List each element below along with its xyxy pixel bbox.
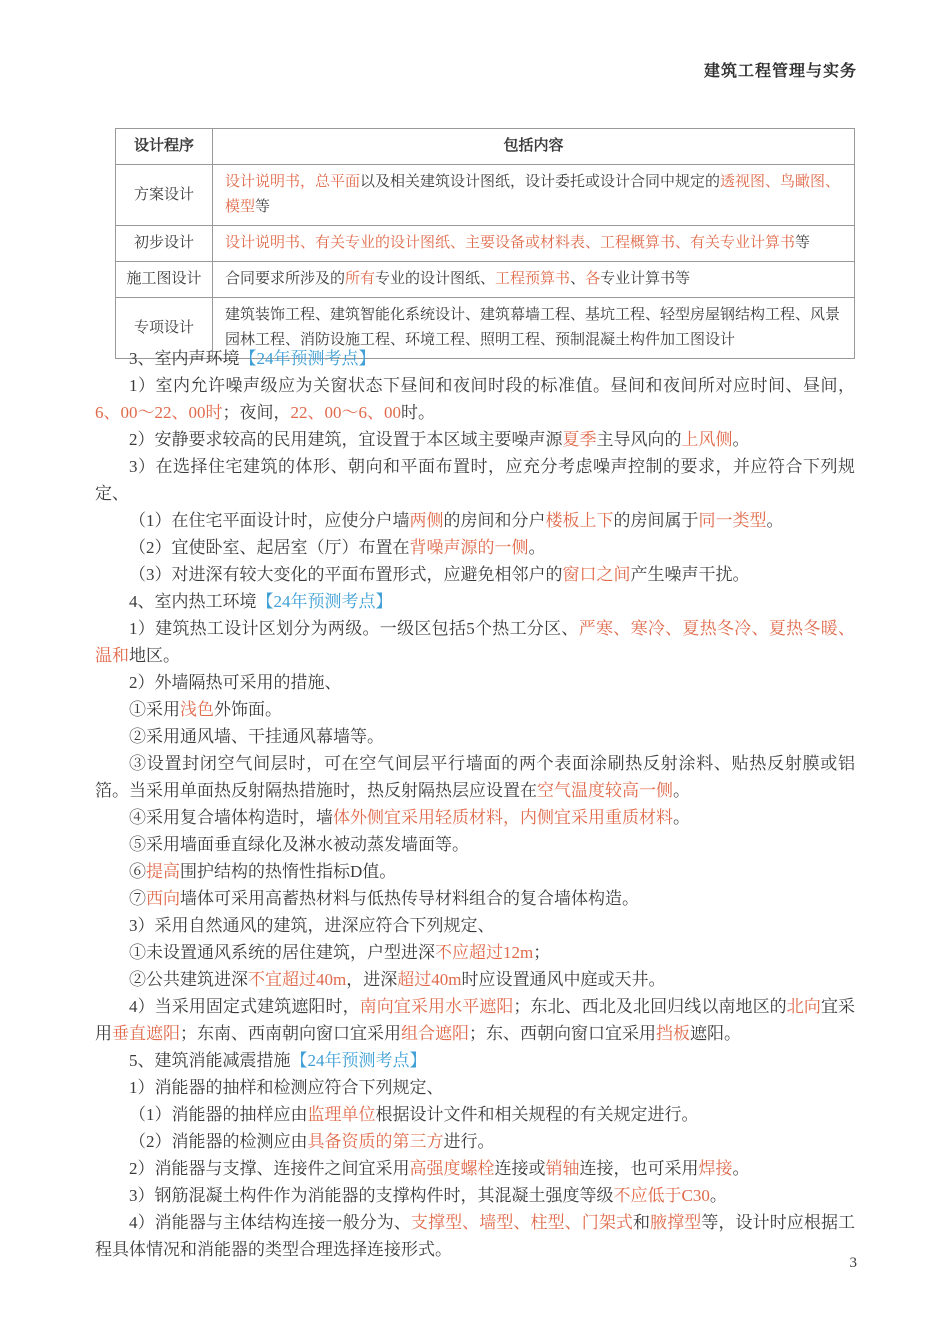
paragraph: 3）采用自然通风的建筑，进深应符合下列规定、 bbox=[95, 912, 855, 939]
paragraph: ①未设置通风系统的居住建筑，户型进深不应超过12m； bbox=[95, 939, 855, 966]
content-body: 3、室内声环境【24年预测考点】 1）室内允许噪声级应为关窗状态下昼间和夜间时段… bbox=[95, 345, 855, 1263]
text-segment: 。 bbox=[733, 1159, 750, 1178]
text-segment: 高强度螺栓 bbox=[410, 1159, 495, 1178]
text-segment: 5、建筑消能减震措施 bbox=[129, 1051, 291, 1070]
text-segment: 同一类型 bbox=[699, 511, 767, 530]
text-segment: 南向宜采用水平遮阳 bbox=[360, 997, 514, 1016]
text-segment: 浅色 bbox=[180, 700, 214, 719]
paragraph: （1）消能器的抽样应由监理单位根据设计文件和相关规程的有关规定进行。 bbox=[95, 1101, 855, 1128]
table-body: 方案设计 设计说明书，总平面以及相关建筑设计图纸，设计委托或设计合同中规定的透视… bbox=[116, 165, 855, 359]
paragraph: ②公共建筑进深不宜超过40m，进深超过40m时应设置通风中庭或天井。 bbox=[95, 966, 855, 993]
paragraph: 4）消能器与主体结构连接一般分为、支撑型、墙型、柱型、门架式和腋撑型等，设计时应… bbox=[95, 1209, 855, 1263]
text-segment: 3）钢筋混凝土构件作为消能器的支撑构件时，其混凝土强度等级 bbox=[129, 1186, 614, 1205]
text-segment: ①采用 bbox=[129, 700, 180, 719]
text-segment: 背噪声源的一侧 bbox=[410, 538, 529, 557]
text-segment: ；夜间， bbox=[223, 403, 291, 422]
paragraph: 2）安静要求较高的民用建筑，宜设置于本区域主要噪声源夏季主导风向的上风侧。 bbox=[95, 426, 855, 453]
paragraph: ④采用复合墙体构造时，墙体外侧宜采用轻质材料，内侧宜采用重质材料。 bbox=[95, 804, 855, 831]
paragraph: ②采用通风墙、干挂通风幕墙等。 bbox=[95, 723, 855, 750]
text-segment: 围护结构的热惰性指标D值。 bbox=[180, 862, 396, 881]
table-header-row: 设计程序 包括内容 bbox=[116, 129, 855, 165]
text-segment: 、 bbox=[570, 271, 585, 287]
paragraph: 4）当采用固定式建筑遮阳时，南向宜采用水平遮阳；东北、西北及北回归线以南地区的北… bbox=[95, 993, 855, 1047]
text-segment: 销轴 bbox=[546, 1159, 580, 1178]
text-segment: 夏季 bbox=[563, 430, 597, 449]
paragraph: 5、建筑消能减震措施【24年预测考点】 bbox=[95, 1047, 855, 1074]
table-row: 初步设计 设计说明书、有关专业的设计图纸、主要设备或材料表、工程概算书、有关专业… bbox=[116, 226, 855, 262]
text-segment: 墙体可采用高蓄热材料与低热传导材料组合的复合墙体构造。 bbox=[180, 889, 639, 908]
text-segment: 焊接 bbox=[699, 1159, 733, 1178]
text-segment: ⑦ bbox=[129, 889, 146, 908]
text-segment: （3）对进深有较大变化的平面布置形式，应避免相邻户的 bbox=[129, 565, 563, 584]
text-segment: 不应超过12m bbox=[435, 943, 533, 962]
text-segment: ，进深 bbox=[346, 970, 397, 989]
text-segment: 各 bbox=[585, 271, 600, 287]
text-segment: 组合遮阳 bbox=[401, 1024, 469, 1043]
text-segment: 6、00～22、00时 bbox=[95, 403, 223, 422]
text-segment: 【24年预测考点】 bbox=[291, 1051, 427, 1070]
paragraph: 1）消能器的抽样和检测应符合下列规定、 bbox=[95, 1074, 855, 1101]
table-header-procedure: 设计程序 bbox=[116, 129, 213, 165]
text-segment: 和 bbox=[633, 1213, 650, 1232]
text-segment: 。 bbox=[767, 511, 784, 530]
text-segment: 2）外墙隔热可采用的措施、 bbox=[129, 673, 342, 692]
paragraph: （3）对进深有较大变化的平面布置形式，应避免相邻户的窗口之间产生噪声干扰。 bbox=[95, 561, 855, 588]
text-segment: （1）消能器的抽样应由 bbox=[129, 1105, 308, 1124]
text-segment: 。 bbox=[673, 781, 690, 800]
design-procedure-table: 设计程序 包括内容 方案设计 设计说明书，总平面以及相关建筑设计图纸，设计委托或… bbox=[115, 128, 855, 359]
text-segment: 设计说明书、有关专业的设计图纸、主要设备或材料表、工程概算书、有关专业计算书 bbox=[225, 235, 795, 251]
text-segment: 北向 bbox=[787, 997, 821, 1016]
paragraph: 1）室内允许噪声级应为关窗状态下昼间和夜间时段的标准值。昼间和夜间所对应时间、昼… bbox=[95, 372, 855, 426]
text-segment: 垂直遮阳 bbox=[112, 1024, 180, 1043]
text-segment: 空气温度较高一侧 bbox=[537, 781, 673, 800]
text-segment: ①未设置通风系统的居住建筑，户型进深 bbox=[129, 943, 435, 962]
text-segment: 窗口之间 bbox=[563, 565, 631, 584]
text-segment: 所有 bbox=[345, 271, 375, 287]
paragraph: ①采用浅色外饰面。 bbox=[95, 696, 855, 723]
paragraph: ③设置封闭空气间层时，可在空气间层平行墙面的两个表面涂刷热反射涂料、贴热反射膜或… bbox=[95, 750, 855, 804]
text-segment: 时。 bbox=[401, 403, 435, 422]
text-segment: 2）安静要求较高的民用建筑，宜设置于本区域主要噪声源 bbox=[129, 430, 563, 449]
text-segment: 进行。 bbox=[444, 1132, 495, 1151]
text-segment: 合同要求所涉及的 bbox=[225, 271, 345, 287]
paragraph: （1）在住宅平面设计时，应使分户墙两侧的房间和分户楼板上下的房间属于同一类型。 bbox=[95, 507, 855, 534]
text-segment: ；东南、西南朝向窗口宜采用 bbox=[180, 1024, 401, 1043]
row-label: 初步设计 bbox=[116, 226, 213, 262]
text-segment: 1）消能器的抽样和检测应符合下列规定、 bbox=[129, 1078, 444, 1097]
text-segment: 。 bbox=[673, 808, 690, 827]
text-segment: 等 bbox=[795, 235, 810, 251]
text-segment: 3、室内声环境 bbox=[129, 349, 240, 368]
text-segment: 的房间和分户 bbox=[444, 511, 546, 530]
text-segment: ⑤采用墙面垂直绿化及淋水被动蒸发墙面等。 bbox=[129, 835, 469, 854]
header-title: 建筑工程管理与实务 bbox=[704, 58, 857, 81]
text-segment: （1）在住宅平面设计时，应使分户墙 bbox=[129, 511, 410, 530]
paragraph: 4、室内热工环境【24年预测考点】 bbox=[95, 588, 855, 615]
row-content: 合同要求所涉及的所有专业的设计图纸、工程预算书、各专业计算书等 bbox=[213, 262, 855, 298]
text-segment: ；东、西朝向窗口宜采用 bbox=[469, 1024, 656, 1043]
text-segment: 建筑装饰工程、建筑智能化系统设计、建筑幕墙工程、基坑工程、轻型房屋钢结构工程、风… bbox=[225, 307, 840, 348]
text-segment: 主导风向的 bbox=[597, 430, 682, 449]
paragraph: ⑥提高围护结构的热惰性指标D值。 bbox=[95, 858, 855, 885]
document-page: 建筑工程管理与实务 设计程序 包括内容 方案设计 设计说明书，总平面以及相关建筑… bbox=[0, 0, 950, 1333]
paragraph: 3）在选择住宅建筑的体形、朝向和平面布置时，应充分考虑噪声控制的要求，并应符合下… bbox=[95, 453, 855, 507]
paragraph: （2）宜使卧室、起居室（厅）布置在背噪声源的一侧。 bbox=[95, 534, 855, 561]
text-segment: 设计说明书，总平面 bbox=[225, 174, 360, 190]
text-segment: 时应设置通风中庭或天井。 bbox=[461, 970, 665, 989]
paragraph: ⑤采用墙面垂直绿化及淋水被动蒸发墙面等。 bbox=[95, 831, 855, 858]
text-segment: 根据设计文件和相关规程的有关规定进行。 bbox=[376, 1105, 699, 1124]
table-header-content: 包括内容 bbox=[213, 129, 855, 165]
text-segment: 4、室内热工环境 bbox=[129, 592, 257, 611]
table-row: 方案设计 设计说明书，总平面以及相关建筑设计图纸，设计委托或设计合同中规定的透视… bbox=[116, 165, 855, 226]
text-segment: 体外侧宜采用轻质材料，内侧宜采用重质材料 bbox=[333, 808, 673, 827]
text-segment: （2）宜使卧室、起居室（厅）布置在 bbox=[129, 538, 410, 557]
text-segment: 1）建筑热工设计区划分为两级。一级区包括5个热工分区、 bbox=[129, 619, 579, 638]
table-row: 施工图设计 合同要求所涉及的所有专业的设计图纸、工程预算书、各专业计算书等 bbox=[116, 262, 855, 298]
text-segment: 3）采用自然通风的建筑，进深应符合下列规定、 bbox=[129, 916, 495, 935]
text-segment: 不应低于C30 bbox=[614, 1186, 710, 1205]
text-segment: 挡板 bbox=[656, 1024, 690, 1043]
paragraph: 2）消能器与支撑、连接件之间宜采用高强度螺栓连接或销轴连接，也可采用焊接。 bbox=[95, 1155, 855, 1182]
text-segment: （2）消能器的检测应由 bbox=[129, 1132, 308, 1151]
text-segment: 等 bbox=[255, 199, 270, 215]
text-segment: ；东北、西北及北回归线以南地区的 bbox=[513, 997, 786, 1016]
paragraph: （2）消能器的检测应由具备资质的第三方进行。 bbox=[95, 1128, 855, 1155]
text-segment: 外饰面。 bbox=[214, 700, 282, 719]
paragraph: 2）外墙隔热可采用的措施、 bbox=[95, 669, 855, 696]
text-segment: 专业的设计图纸、 bbox=[375, 271, 495, 287]
text-segment: ③设置封闭空气间层时，可在空气间层平行墙面的两个表面涂刷热反射涂料、贴热反射膜或… bbox=[95, 754, 855, 800]
text-segment: 两侧 bbox=[410, 511, 444, 530]
table-head: 设计程序 包括内容 bbox=[116, 129, 855, 165]
paragraph: 3）钢筋混凝土构件作为消能器的支撑构件时，其混凝土强度等级不应低于C30。 bbox=[95, 1182, 855, 1209]
text-segment: 不宜超过40m bbox=[248, 970, 346, 989]
text-segment: 4）消能器与主体结构连接一般分为、 bbox=[129, 1213, 411, 1232]
text-segment: 上风侧 bbox=[682, 430, 733, 449]
text-segment: 1）室内允许噪声级应为关窗状态下昼间和夜间时段的标准值。昼间和夜间所对应时间、昼… bbox=[129, 376, 855, 395]
text-segment: 支撑型、墙型、柱型、门架式 bbox=[411, 1213, 633, 1232]
text-segment: ； bbox=[533, 943, 550, 962]
text-segment: 。 bbox=[733, 430, 750, 449]
text-segment: 监理单位 bbox=[308, 1105, 376, 1124]
page-number: 3 bbox=[850, 1255, 858, 1272]
paragraph: 3、室内声环境【24年预测考点】 bbox=[95, 345, 855, 372]
text-segment: 3）在选择住宅建筑的体形、朝向和平面布置时，应充分考虑噪声控制的要求，并应符合下… bbox=[95, 457, 855, 503]
text-segment: 【24年预测考点】 bbox=[257, 592, 393, 611]
paragraph: ⑦西向墙体可采用高蓄热材料与低热传导材料组合的复合墙体构造。 bbox=[95, 885, 855, 912]
text-segment: ②采用通风墙、干挂通风幕墙等。 bbox=[129, 727, 384, 746]
text-segment: 2）消能器与支撑、连接件之间宜采用 bbox=[129, 1159, 410, 1178]
text-segment: 连接，也可采用 bbox=[580, 1159, 699, 1178]
text-segment: ⑥ bbox=[129, 862, 146, 881]
text-segment: 专业计算书等 bbox=[600, 271, 690, 287]
text-segment: 4）当采用固定式建筑遮阳时， bbox=[129, 997, 360, 1016]
text-segment: 提高 bbox=[146, 862, 180, 881]
text-segment: ②公共建筑进深 bbox=[129, 970, 248, 989]
text-segment: 具备资质的第三方 bbox=[308, 1132, 444, 1151]
paragraph: 1）建筑热工设计区划分为两级。一级区包括5个热工分区、严寒、寒冷、夏热冬冷、夏热… bbox=[95, 615, 855, 669]
text-segment: 22、00～6、00 bbox=[291, 403, 402, 422]
row-label: 施工图设计 bbox=[116, 262, 213, 298]
text-segment: 。 bbox=[710, 1186, 727, 1205]
text-segment: 腋撑型 bbox=[650, 1213, 701, 1232]
text-segment: 。 bbox=[529, 538, 546, 557]
text-segment: 超过40m bbox=[397, 970, 461, 989]
text-segment: 工程预算书 bbox=[495, 271, 570, 287]
text-segment: 连接或 bbox=[495, 1159, 546, 1178]
text-segment: 遮阳。 bbox=[690, 1024, 741, 1043]
row-content: 设计说明书，总平面以及相关建筑设计图纸，设计委托或设计合同中规定的透视图、鸟瞰图… bbox=[213, 165, 855, 226]
text-segment: 以及相关建筑设计图纸，设计委托或设计合同中规定的 bbox=[360, 174, 720, 190]
text-segment: 西向 bbox=[146, 889, 180, 908]
text-segment: 地区。 bbox=[129, 646, 180, 665]
text-segment: 的房间属于 bbox=[614, 511, 699, 530]
text-segment: ④采用复合墙体构造时，墙 bbox=[129, 808, 333, 827]
text-segment: 【24年预测考点】 bbox=[240, 349, 376, 368]
text-segment: 产生噪声干扰。 bbox=[631, 565, 750, 584]
row-label: 方案设计 bbox=[116, 165, 213, 226]
text-segment: 楼板上下 bbox=[546, 511, 614, 530]
row-content: 设计说明书、有关专业的设计图纸、主要设备或材料表、工程概算书、有关专业计算书等 bbox=[213, 226, 855, 262]
